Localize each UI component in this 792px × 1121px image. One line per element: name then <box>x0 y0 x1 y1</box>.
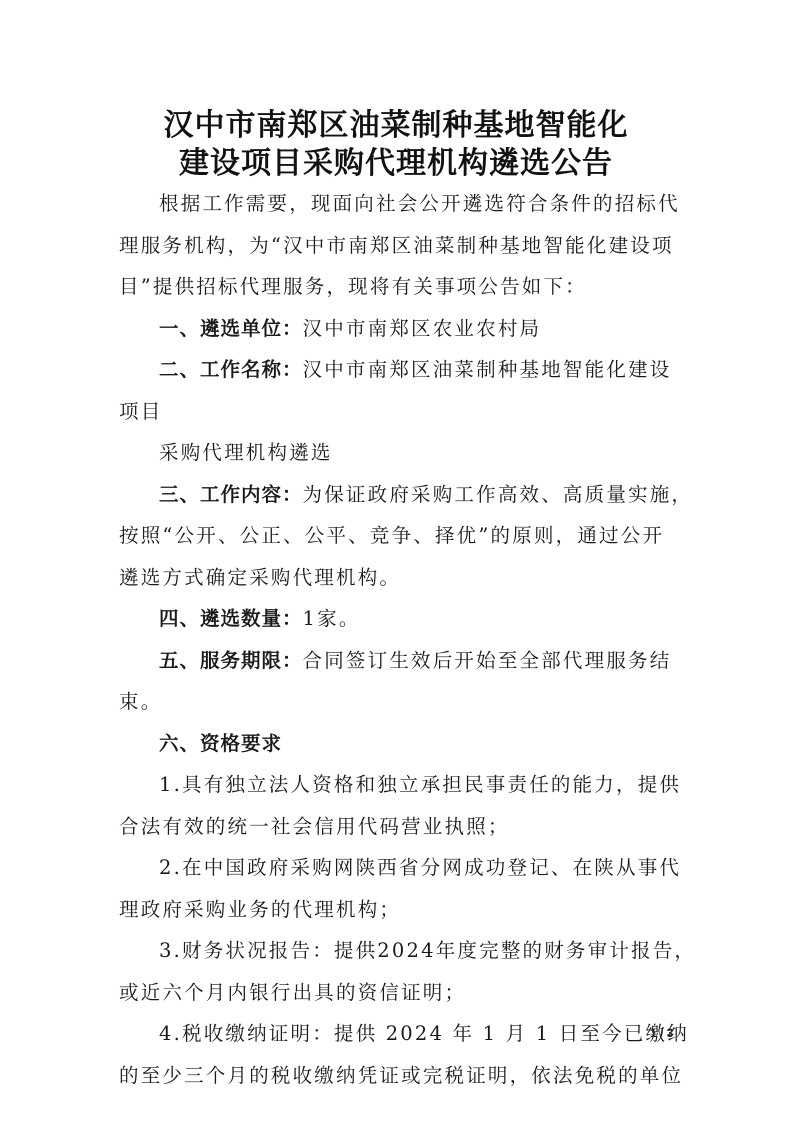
section-selection-unit: 一、遴选单位：汉中市南郑区农业农村局 <box>119 308 684 350</box>
page-number: 1 / 3 <box>650 1026 673 1040</box>
qualification-item-4-cont: 的至少三个月的税收缴纳凭证或完税证明，依法免税的单位 <box>119 1055 684 1097</box>
intro-line-1: 根据工作需要，现面向社会公开遴选符合条件的招标代 <box>119 183 684 225</box>
qualification-item-2: 2.在中国政府采购网陕西省分网成功登记、在陕从事代 <box>119 847 684 889</box>
section-work-name-extra: 采购代理机构遴选 <box>119 432 684 474</box>
section-heading: 六、资格要求 <box>159 732 282 755</box>
section-selection-quantity: 四、遴选数量：1家。 <box>119 598 684 640</box>
section-work-name-cont: 项目 <box>119 391 684 433</box>
section-work-content-cont-2: 遴选方式确定采购代理机构。 <box>119 557 684 599</box>
section-heading: 四、遴选数量： <box>159 607 303 630</box>
document-page: 汉中市南郑区油菜制种基地智能化 建设项目采购代理机构遴选公告 根据工作需要，现面… <box>0 0 792 1121</box>
intro-line-3: 目”提供招标代理服务，现将有关事项公告如下： <box>119 266 684 308</box>
qualification-item-4: 4.税收缴纳证明：提供 2024 年 1 月 1 日至今已缴纳 <box>119 1013 684 1055</box>
qualification-item-3: 3.财务状况报告：提供2024年度完整的财务审计报告， <box>119 930 684 972</box>
section-text: 为保证政府采购工作高效、高质量实施， <box>303 483 694 506</box>
section-text: 1家。 <box>303 607 361 630</box>
section-work-content-cont-1: 按照“公开、公正、公平、竞争、择优”的原则，通过公开 <box>119 515 684 557</box>
document-title-line-2: 建设项目采购代理机构遴选公告 <box>0 138 792 182</box>
section-work-content: 三、工作内容：为保证政府采购工作高效、高质量实施， <box>119 474 684 516</box>
section-qualification-heading: 六、资格要求 <box>119 723 684 765</box>
section-heading: 五、服务期限： <box>159 649 303 672</box>
section-heading: 一、遴选单位： <box>159 317 303 340</box>
section-service-period: 五、服务期限：合同签订生效后开始至全部代理服务结 <box>119 640 684 682</box>
qualification-item-1: 1.具有独立法人资格和独立承担民事责任的能力，提供 <box>119 764 684 806</box>
section-heading: 二、工作名称： <box>159 358 303 381</box>
section-text: 汉中市南郑区油菜制种基地智能化建设 <box>303 358 672 381</box>
section-service-period-cont: 束。 <box>119 681 684 723</box>
qualification-item-3-cont: 或近六个月内银行出具的资信证明； <box>119 972 684 1014</box>
qualification-item-1-cont: 合法有效的统一社会信用代码营业执照； <box>119 806 684 848</box>
section-heading: 三、工作内容： <box>159 483 303 506</box>
section-text: 合同签订生效后开始至全部代理服务结 <box>303 649 672 672</box>
section-work-name: 二、工作名称：汉中市南郑区油菜制种基地智能化建设 <box>119 349 684 391</box>
intro-line-2: 理服务机构，为“汉中市南郑区油菜制种基地智能化建设项 <box>119 225 684 267</box>
qualification-item-2-cont: 理政府采购业务的代理机构； <box>119 889 684 931</box>
section-text: 汉中市南郑区农业农村局 <box>303 317 542 340</box>
document-body: 根据工作需要，现面向社会公开遴选符合条件的招标代 理服务机构，为“汉中市南郑区油… <box>119 183 684 1096</box>
